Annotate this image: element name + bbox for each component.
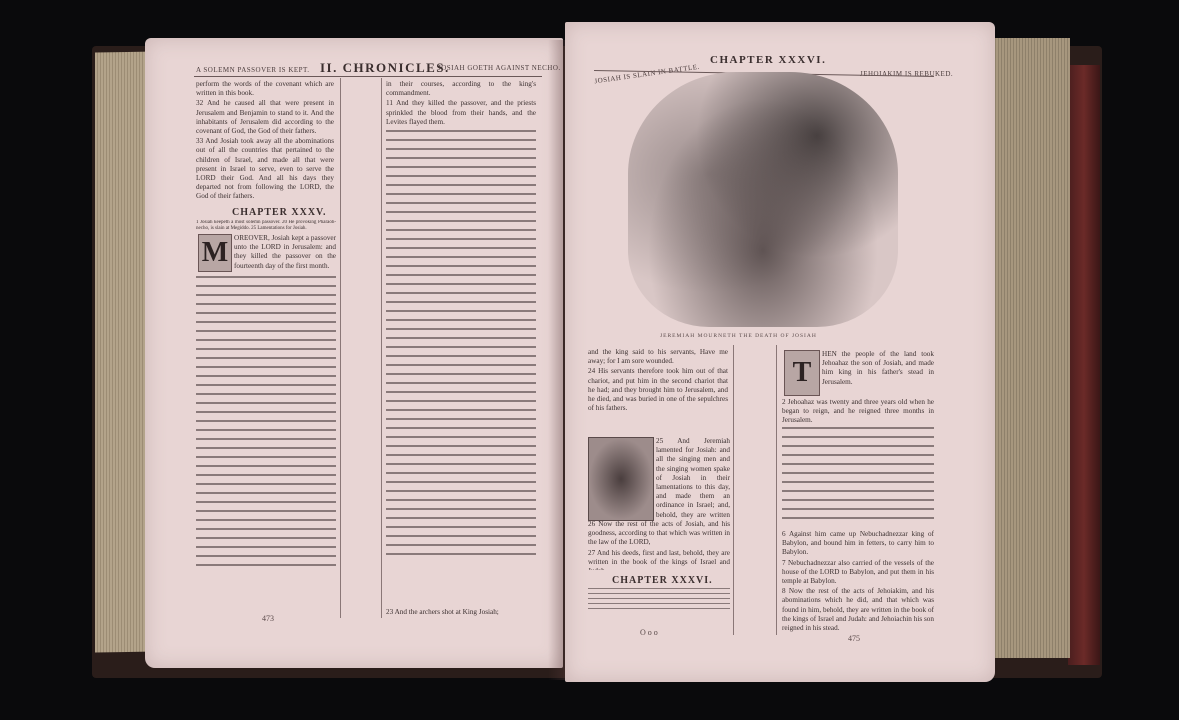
book-spine-edge: [1068, 65, 1100, 665]
left-verse-1: OREOVER, Josiah kept a passover unto the…: [234, 234, 336, 274]
right-page-number: 475: [848, 634, 860, 643]
right-dropcap: T: [784, 350, 820, 396]
right-margin-rule-a: [733, 345, 734, 635]
right-verses-6-8: 6 Against him came up Nebuchadnezzar kin…: [782, 530, 934, 640]
right-verse-25: 25 And Jeremiah lamented for Josiah: and…: [656, 437, 730, 519]
right-margin-rule-b: [776, 345, 777, 635]
right-verses-26-27: 26 Now the rest of the acts of Josiah, a…: [588, 520, 730, 570]
right-page-edges: [990, 38, 1070, 658]
left-dropcap: M: [198, 234, 232, 272]
left-chapter-heading: CHAPTER XXXV.: [232, 207, 327, 218]
engraving-illustration: [628, 72, 898, 327]
left-running-head-right: Josiah goeth against Necho.: [438, 64, 561, 72]
right-cross-references: [736, 348, 772, 628]
left-page-number: 473: [262, 614, 274, 623]
signature-mark: O o o: [640, 628, 658, 637]
right-chapter-summary: [588, 588, 730, 624]
engraving-caption: Jeremiah mourneth the death of Josiah: [660, 333, 817, 339]
left-column-2-top: in their courses, according to the king'…: [386, 80, 536, 128]
right-page-title: CHAPTER XXXVI.: [710, 54, 826, 66]
left-verse-23: 23 And the archers shot at King Josiah;: [386, 608, 536, 620]
left-header-rule: [194, 76, 542, 77]
left-column-1-body: [196, 276, 336, 606]
left-column-1-top: perform the words of the covenant which …: [196, 80, 334, 210]
left-column-2-body: [386, 130, 536, 610]
left-cross-references: [343, 80, 379, 610]
left-margin-rule-a: [340, 78, 341, 618]
left-page-title: II. CHRONICLES.: [320, 60, 450, 76]
left-margin-rule-b: [381, 78, 382, 618]
small-engraving-illustration: [588, 437, 654, 521]
left-running-head-left: A solemn passover is kept.: [196, 66, 310, 74]
right-chapter-heading: CHAPTER XXXVI.: [612, 575, 713, 586]
right-column-1-top: and the king said to his servants, Have …: [588, 348, 728, 438]
right-verse-1: HEN the people of the land took Jehoahaz…: [822, 350, 934, 396]
